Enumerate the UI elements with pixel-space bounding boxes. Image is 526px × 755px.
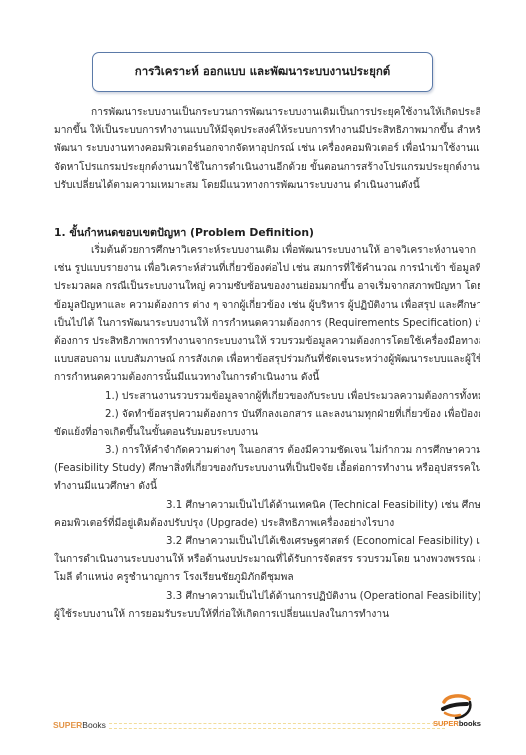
list-item-2-cont: ขัดแย้งที่อาจเกิดขึ้นในขั้นตอนรับมอบระบบ… — [54, 424, 480, 442]
text-line: เริ่มต้นด้วยการศึกษาวิเคราะห์ระบบงานเดิม… — [54, 242, 480, 260]
subitem-3-2: 3.2 ศึกษาความเป็นไปได้เชิงเศรษฐศาสตร์ (E… — [54, 533, 480, 551]
page-title: การวิเคราะห์ ออกแบบ และพัฒนาระบบงานประยุ… — [135, 63, 391, 81]
intro-paragraph: การพัฒนาระบบงานเป็นกระบวนการพัฒนาระบบงาน… — [54, 104, 480, 195]
section-heading: 1. ขั้นกำหนดขอบเขตปัญหา (Problem Definit… — [54, 224, 314, 241]
text-line: เช่น รูปแบบรายงาน เพื่อวิเคราะห์ส่วนที่เ… — [54, 260, 480, 278]
list-item-2: 2.) จัดทำข้อสรุปความต้องการ บันทึกลงเอกส… — [54, 406, 480, 424]
document-page: การวิเคราะห์ ออกแบบ และพัฒนาระบบงานประยุ… — [0, 0, 526, 755]
text-line: มากขึ้น ให้เป็นระบบการทำงานแบบให้มีจุดปร… — [54, 122, 480, 140]
text-line: ประมวลผล กรณีเป็นระบบงานใหญ่ ความซับซ้อน… — [54, 278, 480, 296]
text-line: ต้องการ ประสิทธิภาพการทำงานจากระบบงานให้… — [54, 333, 480, 351]
list-item-3-cont: (Feasibility Study) ศึกษาสิ่งที่เกี่ยวขอ… — [54, 460, 480, 478]
list-item-3-cont: ทำงานมีแนวศึกษา ดังนี้ — [54, 478, 480, 496]
subitem-3-3-cont: ผู้ใช้ระบบงานให้ การยอมรับระบบให้ที่ก่อใ… — [54, 606, 480, 624]
text-line: การกำหนดความต้องการนั้นมีแนวทางในการดำเน… — [54, 369, 480, 387]
subitem-3-1-cont: คอมพิวเตอร์ที่มีอยู่เดิมต้องปรับปรุง (Up… — [54, 515, 480, 533]
text-line: การพัฒนาระบบงานเป็นกระบวนการพัฒนาระบบงาน… — [54, 104, 480, 122]
text-line: เป็นไปได้ ในการพัฒนาระบบงานให้ การกำหนดค… — [54, 315, 480, 333]
logo-wordmark: SUPERbooks — [433, 719, 481, 728]
list-item-1: 1.) ประสานงานรวบรวมข้อมูลจากผู้ที่เกี่ยว… — [54, 388, 480, 406]
section1-body: เริ่มต้นด้วยการศึกษาวิเคราะห์ระบบงานเดิม… — [54, 242, 480, 624]
subitem-3-1: 3.1 ศึกษาความเป็นไปได้ด้านเทคนิค (Techni… — [54, 497, 480, 515]
subitem-3-2-cont: โมลี ตำแหน่ง ครูชำนาญการ โรงเรียนชัยภูมิ… — [54, 569, 480, 587]
superbooks-swirl-logo-icon — [436, 692, 476, 720]
list-item-3: 3.) การให้คำจำกัดความต่างๆ ในเอกสาร ต้อง… — [54, 442, 480, 460]
text-line: ข้อมูลปัญหาและ ความต้องการ ต่าง ๆ จากผู้… — [54, 297, 480, 315]
page-footer: SUPER Books — [53, 715, 493, 735]
text-line: พัฒนา ระบบงานทางคอมพิวเตอร์นอกจากจัดหาอุ… — [54, 140, 480, 158]
title-box: การวิเคราะห์ ออกแบบ และพัฒนาระบบงานประยุ… — [92, 52, 433, 92]
footer-dashed-rule — [109, 723, 445, 729]
footer-brand-super: SUPER — [53, 720, 82, 730]
footer-brand-books: Books — [82, 720, 106, 730]
text-line: จัดหาโปรแกรมประยุกต์งานมาใช้ในการดำเนินง… — [54, 159, 480, 177]
subitem-3-2-cont: ในการดำเนินงานระบบงานให้ หรือด้านงบประมา… — [54, 551, 480, 569]
subitem-3-3: 3.3 ศึกษาความเป็นไปได้ด้านการปฏิบัติงาน … — [54, 588, 480, 606]
text-line: ปรับเปลี่ยนได้ตามความเหมาะสม โดยมีแนวทาง… — [54, 177, 480, 195]
text-line: แบบสอบถาม แบบสัมภาษณ์ การสังเกต เพื่อหาข… — [54, 351, 480, 369]
